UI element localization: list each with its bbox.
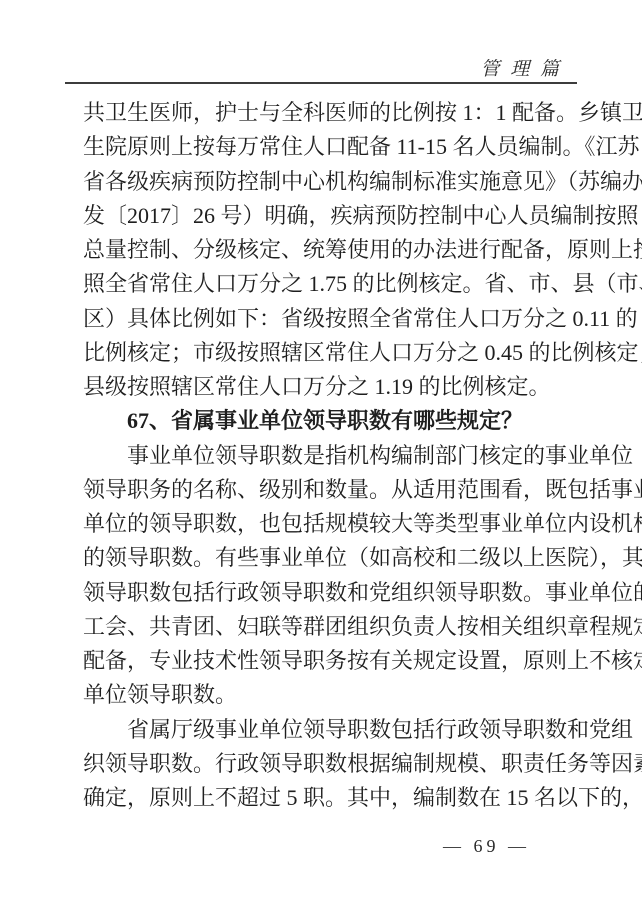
paragraph-line: 工会、共青团、妇联等群团组织负责人按相关组织章程规定 <box>83 610 560 644</box>
paragraph-line: 共卫生医师，护士与全科医师的比例按 1：1 配备。乡镇卫 <box>83 96 560 130</box>
document-page: 管 理 篇 共卫生医师，护士与全科医师的比例按 1：1 配备。乡镇卫 生院原则上… <box>0 0 642 899</box>
paragraph-line: 生院原则上按每万常住人口配备 11-15 名人员编制。《江苏 <box>83 130 560 164</box>
paragraph-line: 单位领导职数。 <box>83 678 560 712</box>
paragraph-line: 领导职务的名称、级别和数量。从适用范围看，既包括事业 <box>83 473 560 507</box>
paragraph-line: 县级按照辖区常住人口万分之 1.19 的比例核定。 <box>83 370 560 404</box>
paragraph-line: 比例核定；市级按照辖区常住人口万分之 0.45 的比例核定； <box>83 336 560 370</box>
page-number: — 69 — <box>443 836 530 857</box>
body-text: 共卫生医师，护士与全科医师的比例按 1：1 配备。乡镇卫 生院原则上按每万常住人… <box>83 96 560 815</box>
paragraph-line: 单位的领导职数，也包括规模较大等类型事业单位内设机构 <box>83 507 560 541</box>
paragraph-line: 的领导职数。有些事业单位（如高校和二级以上医院），其 <box>83 541 560 575</box>
paragraph-line: 织领导职数。行政领导职数根据编制规模、职责任务等因素 <box>83 747 560 781</box>
paragraph-line: 配备，专业技术性领导职务按有关规定设置，原则上不核定 <box>83 644 560 678</box>
paragraph-line: 确定，原则上不超过 5 职。其中，编制数在 15 名以下的， <box>83 781 560 815</box>
paragraph-line: 省各级疾病预防控制中心机构编制标准实施意见》（苏编办 <box>83 165 560 199</box>
paragraph-line: 领导职数包括行政领导职数和党组织领导职数。事业单位的 <box>83 576 560 610</box>
question-heading: 67、省属事业单位领导职数有哪些规定？ <box>83 404 560 438</box>
header-section-title: 管 理 篇 <box>480 54 562 81</box>
paragraph-line: 事业单位领导职数是指机构编制部门核定的事业单位 <box>83 439 560 473</box>
paragraph-line: 区）具体比例如下：省级按照全省常住人口万分之 0.11 的 <box>83 302 560 336</box>
paragraph-line: 总量控制、分级核定、统筹使用的办法进行配备，原则上按 <box>83 233 560 267</box>
paragraph-line: 省属厅级事业单位领导职数包括行政领导职数和党组 <box>83 713 560 747</box>
paragraph-line: 照全省常住人口万分之 1.75 的比例核定。省、市、县（市、 <box>83 267 560 301</box>
paragraph-line: 发〔2017〕26 号）明确，疾病预防控制中心人员编制按照 <box>83 199 560 233</box>
header-rule <box>65 82 577 84</box>
